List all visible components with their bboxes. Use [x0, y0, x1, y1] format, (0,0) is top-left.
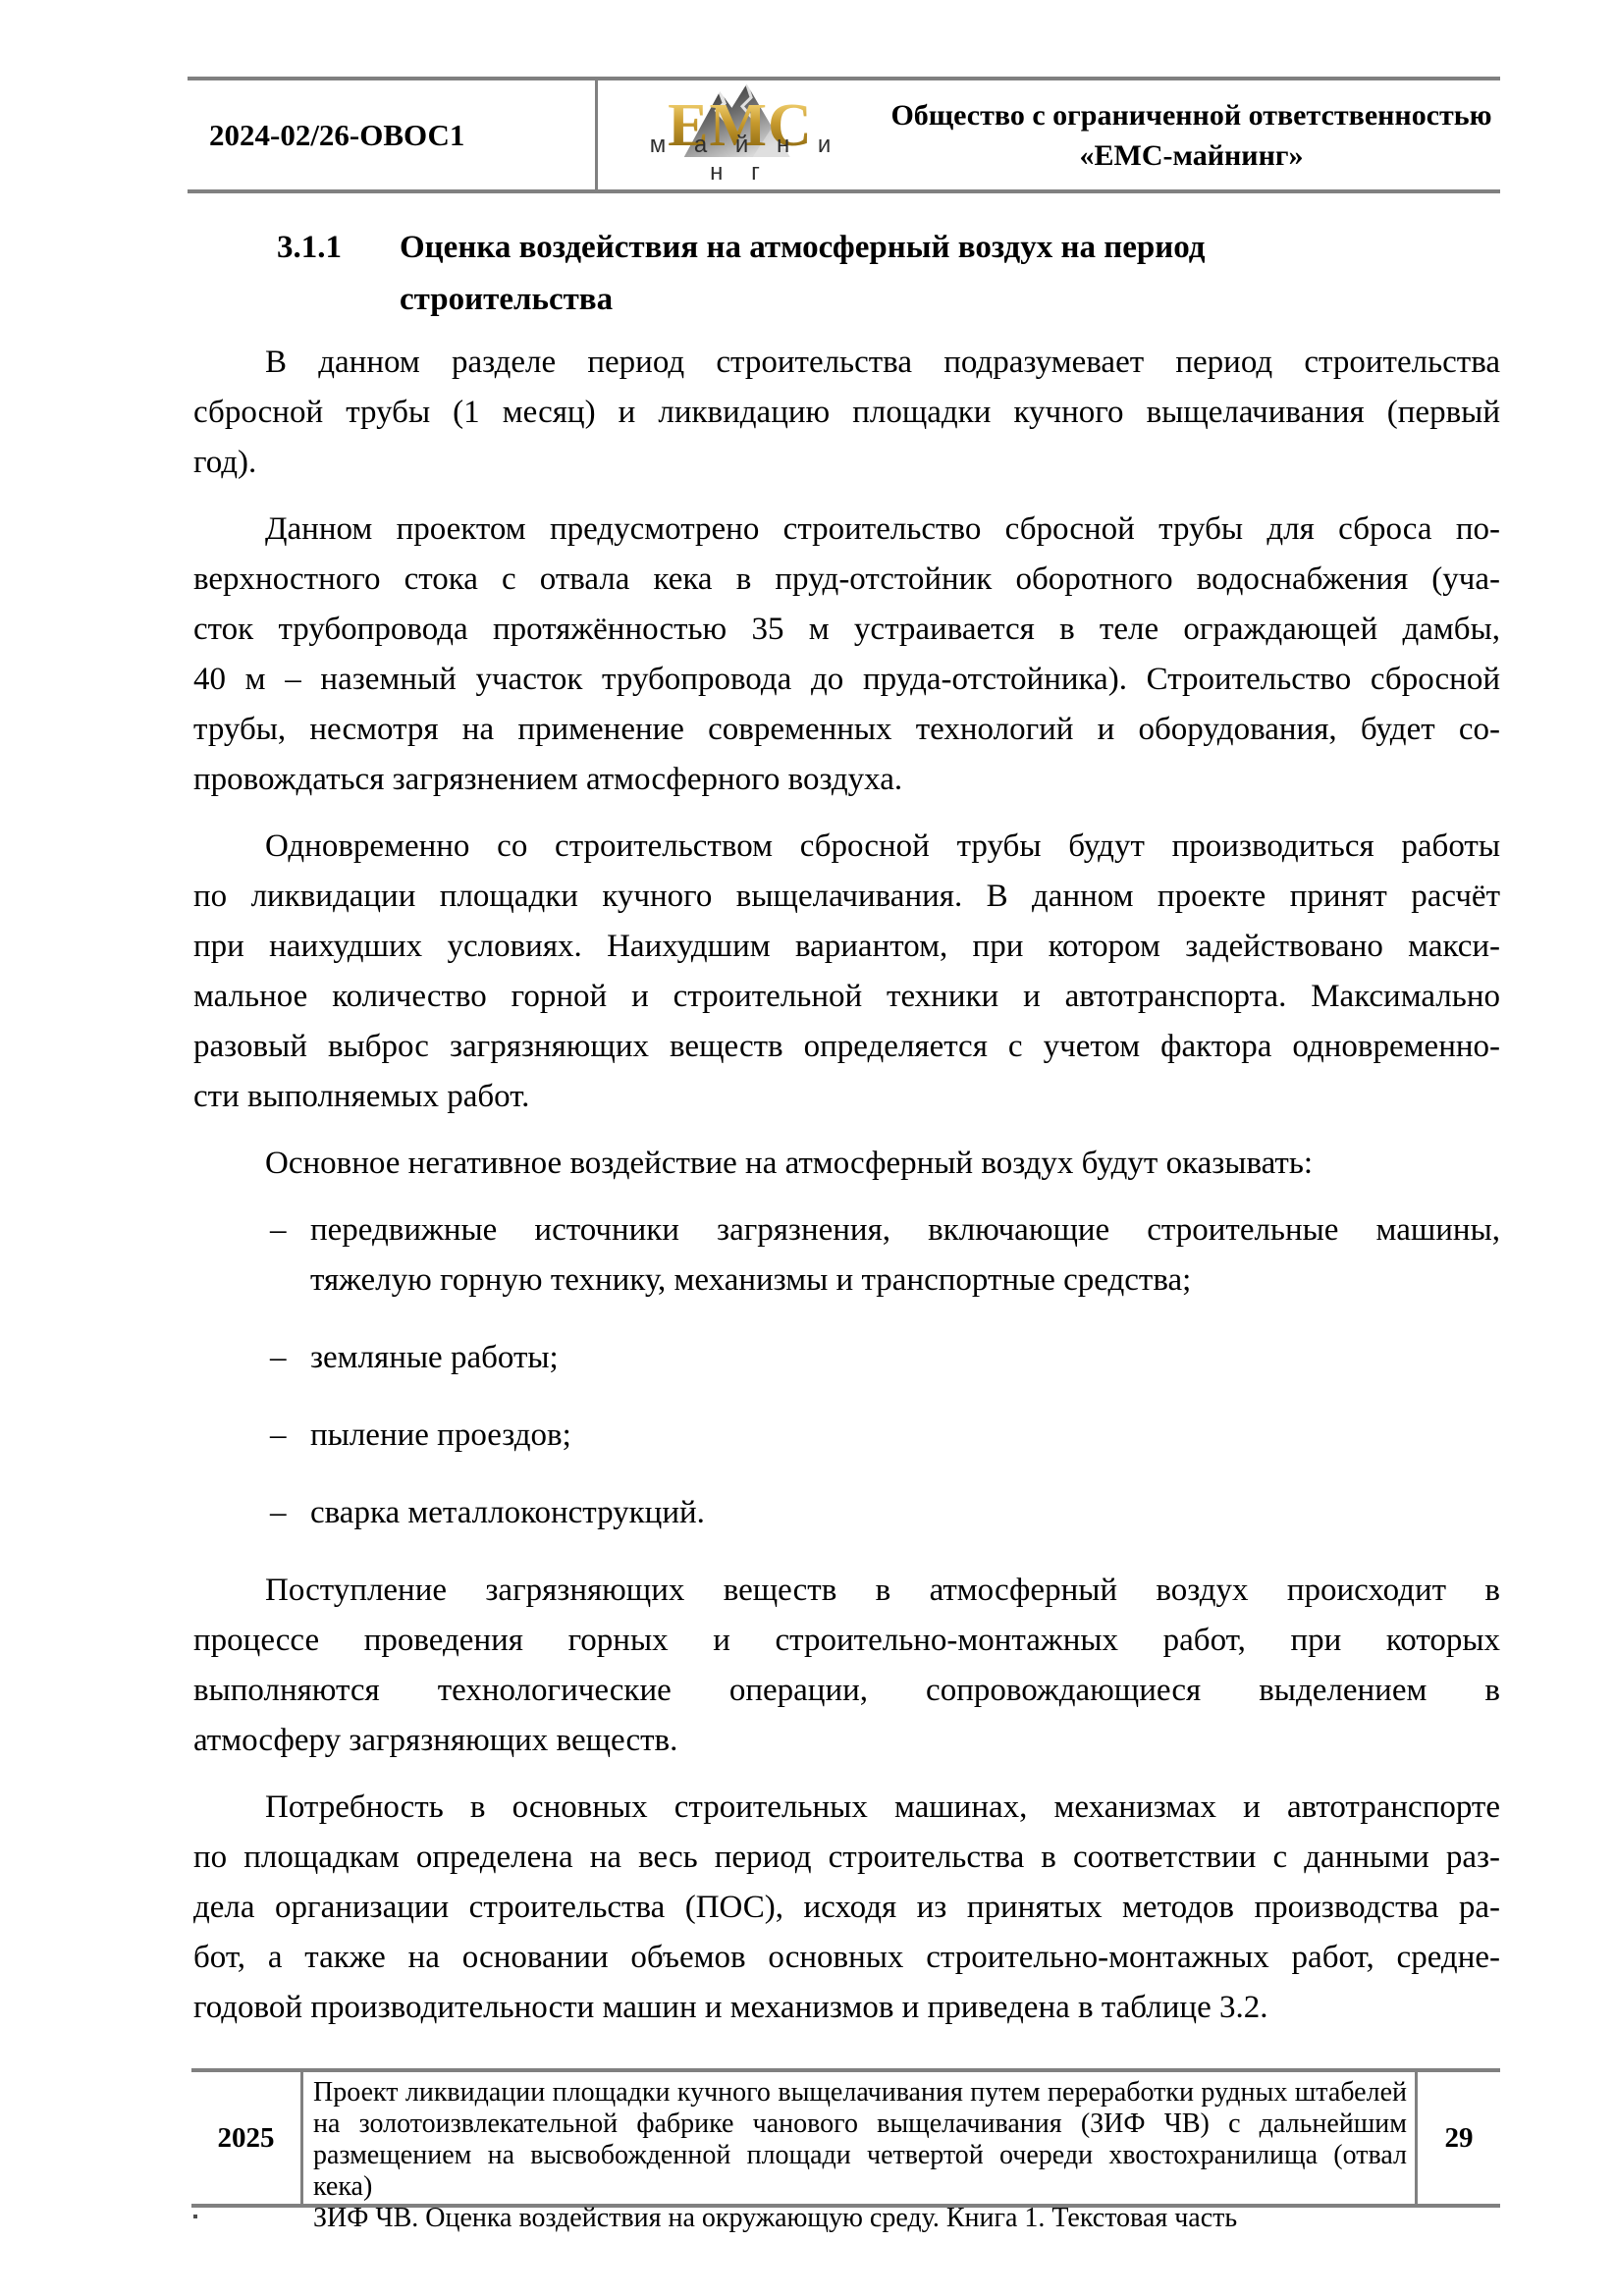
list-item-line: сварка металлоконструкций. — [310, 1488, 1500, 1538]
list-item-text: земляные работы; — [310, 1333, 1500, 1383]
paragraph-line: по ликвидации площадки кучного выщелачив… — [193, 872, 1500, 922]
paragraph-line: разовый выброс загрязняющих веществ опре… — [193, 1022, 1500, 1072]
paragraph-line: сток трубопровода протяжённостью 35 м ус… — [193, 605, 1500, 655]
paragraph-line: сти выполняемых работ. — [193, 1072, 1500, 1122]
list-item: –сварка металлоконструкций. — [193, 1488, 1500, 1538]
section-title: Оценка воздействия на атмосферный воздух… — [400, 222, 1500, 326]
document-number: 2024-02/26-ОВОС1 — [188, 80, 598, 189]
section-heading: 3.1.1 Оценка воздействия на атмосферный … — [193, 222, 1500, 326]
dash-marker: – — [270, 1488, 310, 1538]
dash-marker: – — [270, 1205, 310, 1306]
paragraph-line: трубы, несмотря на применение современны… — [193, 705, 1500, 755]
list-item-text: пыление проездов; — [310, 1411, 1500, 1461]
list-item-line: земляные работы; — [310, 1333, 1500, 1383]
document-page: 2024-02/26-ОВОС1 ЕМС — [0, 0, 1616, 2296]
list-item-text: передвижные источники загрязнения, включ… — [310, 1205, 1500, 1306]
page-content: 3.1.1 Оценка воздействия на атмосферный … — [193, 222, 1500, 2050]
scan-artifact-dot — [193, 2215, 197, 2218]
paragraph-line: 40 м – наземный участок трубопровода до … — [193, 655, 1500, 705]
list-item: –передвижные источники загрязнения, вклю… — [193, 1205, 1500, 1306]
paragraph: Поступление загрязняющих веществ в атмос… — [193, 1566, 1500, 1766]
section-title-line: строительства — [400, 274, 1500, 326]
page-header: 2024-02/26-ОВОС1 ЕМС — [188, 77, 1500, 193]
paragraph-line: при наихудших условиях. Наихудшим вариан… — [193, 922, 1500, 972]
bullet-list: –передвижные источники загрязнения, вклю… — [193, 1205, 1500, 1538]
paragraph: Данном проектом предусмотрено строительс… — [193, 505, 1500, 805]
paragraph-line: бот, а также на основании объемов основн… — [193, 1933, 1500, 1983]
footer-project-line: ЗИФ ЧВ. Оценка воздействия на окружающую… — [313, 2203, 1407, 2234]
paragraph-line: провождаться загрязнением атмосферного в… — [193, 755, 1500, 805]
company-name-line1: Общество с ограниченной ответственностью — [890, 95, 1491, 135]
paragraph-line: Поступление загрязняющих веществ в атмос… — [193, 1566, 1500, 1616]
paragraph: Потребность в основных строительных маши… — [193, 1783, 1500, 2033]
list-item: –земляные работы; — [193, 1333, 1500, 1383]
paragraph-line: Потребность в основных строительных маши… — [193, 1783, 1500, 1833]
logo-mining-text: м а й н и н г — [622, 132, 858, 187]
company-name: Общество с ограниченной ответственностью… — [883, 80, 1500, 189]
body-text: В данном разделе период строительства по… — [193, 338, 1500, 2033]
page-footer: 2025 Проект ликвидации площадки кучного … — [191, 2068, 1500, 2208]
paragraph-line: процессе проведения горных и строительно… — [193, 1616, 1500, 1666]
paragraph: В данном разделе период строительства по… — [193, 338, 1500, 488]
company-logo: ЕМС м а й н и н г — [598, 80, 883, 189]
paragraph-line: В данном разделе период строительства по… — [193, 338, 1500, 388]
dash-marker: – — [270, 1411, 310, 1461]
list-item-line: пыление проездов; — [310, 1411, 1500, 1461]
paragraph-line: год). — [193, 438, 1500, 488]
footer-year: 2025 — [191, 2072, 303, 2204]
footer-project-line: на золотоизвлекательной фабрике чанового… — [313, 2109, 1407, 2140]
paragraph-line: Данном проектом предусмотрено строительс… — [193, 505, 1500, 555]
list-item-text: сварка металлоконструкций. — [310, 1488, 1500, 1538]
footer-project-line: Проект ликвидации площадки кучного выщел… — [313, 2077, 1407, 2109]
company-name-line2: «ЕМС-майнинг» — [1080, 135, 1304, 176]
list-item-line: тяжелую горную технику, механизмы и тран… — [310, 1255, 1500, 1306]
paragraph-line: дела организации строительства (ПОС), ис… — [193, 1883, 1500, 1933]
footer-page-number: 29 — [1418, 2072, 1500, 2204]
paragraph: Основное негативное воздействие на атмос… — [193, 1139, 1500, 1189]
section-number: 3.1.1 — [277, 222, 400, 326]
paragraph-line: Одновременно со строительством сбросной … — [193, 822, 1500, 872]
paragraph-line: годовой производительности машин и механ… — [193, 1983, 1500, 2033]
list-item: –пыление проездов; — [193, 1411, 1500, 1461]
footer-project-line: размещением на высвобожденной площади че… — [313, 2140, 1407, 2203]
section-title-line: Оценка воздействия на атмосферный воздух… — [400, 222, 1500, 274]
paragraph-line: по площадкам определена на весь период с… — [193, 1833, 1500, 1883]
footer-project-title: Проект ликвидации площадки кучного выщел… — [303, 2072, 1418, 2204]
paragraph-line: Основное негативное воздействие на атмос… — [193, 1139, 1500, 1189]
paragraph-line: атмосферу загрязняющих веществ. — [193, 1716, 1500, 1766]
dash-marker: – — [270, 1333, 310, 1383]
emc-logo: ЕМС м а й н и н г — [622, 81, 858, 188]
paragraph-line: верхностного стока с отвала кека в пруд-… — [193, 555, 1500, 605]
paragraph: Одновременно со строительством сбросной … — [193, 822, 1500, 1122]
paragraph-line: мальное количество горной и строительной… — [193, 972, 1500, 1022]
paragraph-line: выполняются технологические операции, со… — [193, 1666, 1500, 1716]
list-item-line: передвижные источники загрязнения, включ… — [310, 1205, 1500, 1255]
paragraph-line: сбросной трубы (1 месяц) и ликвидацию пл… — [193, 388, 1500, 438]
